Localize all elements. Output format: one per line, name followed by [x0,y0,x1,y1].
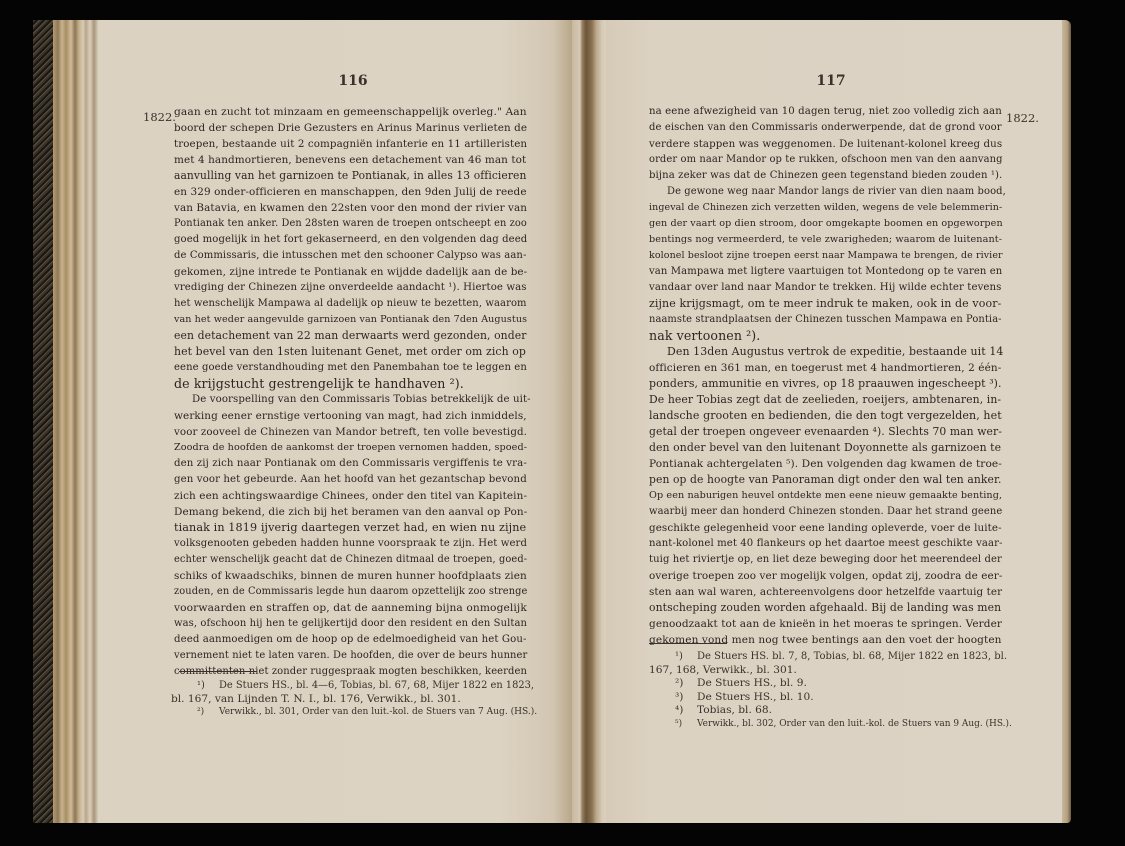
left-footnotes: ¹)De Stuers HS., bl. 4—6, Tobias, bl. 67… [171,679,531,720]
right-page-number: 117 [801,73,861,89]
footnote-line: ⁵)Verwikk., bl. 302, Order van den luit.… [649,718,1005,732]
text-line: bentings nog vermeerderd, te vele zwarig… [649,232,1001,248]
page-edges-left [53,20,98,823]
footnote-line: ¹)De Stuers HS. bl. 7, 8, Tobias, bl. 68… [649,650,1005,664]
footnote-line: ²)Verwikk., bl. 301, Order van den luit.… [171,706,531,720]
text-line: ontscheping zouden worden afgehaald. Bij… [649,600,1001,616]
footnote-line: ⁴)Tobias, bl. 68. [649,704,1005,718]
right-footnote-rule [649,643,727,644]
text-line: Demang bekend, die zich bij het beramen … [174,504,526,520]
text-line: troepen, bestaande uit 2 compagniën infa… [174,136,526,152]
text-line: getal der troepen ongeveer evenaarden ⁴)… [649,424,1001,440]
text-line: nak vertoonen ²). [649,328,1001,344]
page-edges-right [1062,20,1071,823]
text-line: kolonel besloot zijne troepen eerst naar… [649,248,1001,264]
text-line: na eene afwezigheid van 10 dagen terug, … [649,104,1001,120]
right-body-text: na eene afwezigheid van 10 dagen terug, … [649,104,1001,648]
text-line: Pontianak achtergelaten ⁵). Den volgende… [649,456,1001,472]
text-line: Den 13den Augustus vertrok de expeditie,… [649,344,1001,360]
text-line: De heer Tobias zegt dat de zeelieden, ro… [649,392,1001,408]
text-line: naamste strandplaatsen der Chinezen tuss… [649,312,1001,328]
text-line: van Batavia, en kwamen den 22sten voor d… [174,200,526,216]
text-line: een detachement van 22 man derwaarts wer… [174,328,526,344]
text-line: De gewone weg naar Mandor langs de rivie… [649,184,1001,200]
book-gutter [572,20,606,823]
text-line: officieren en 361 man, en toegerust met … [649,360,1001,376]
text-line: committenten niet zonder ruggespraak mog… [174,664,526,680]
text-line: overige troepen zoo ver mogelijk volgen,… [649,568,1001,584]
text-line: geschikte gelegenheid voor eene landing … [649,520,1001,536]
footnote-text: De Stuers HS., bl. 10. [697,691,814,703]
text-line: landsche grooten en bedienden, die den t… [649,408,1001,424]
footnote-text: De Stuers HS. bl. 7, 8, Tobias, bl. 68, … [697,651,1007,662]
text-line: gaan en zucht tot minzaam en gemeenschap… [174,104,526,120]
right-margin-year: 1822. [1006,111,1039,125]
text-line: het bevel van den 1sten luitenant Genet,… [174,344,526,360]
text-line: werking eener ernstige vertooning van ma… [174,408,526,424]
text-line: van het weder aangevulde garnizoen van P… [174,312,526,328]
footnote-text: bl. 167, van Lijnden T. N. I., bl. 176, … [171,693,461,705]
text-line: ingeval de Chinezen zich verzetten wilde… [649,200,1001,216]
footnote-line: 167, 168, Verwikk., bl. 301. [649,664,1005,678]
left-page-number: 116 [323,73,383,89]
text-line: vernement niet te laten varen. De hoofde… [174,648,526,664]
text-line: zouden, en de Commissaris legde hun daar… [174,584,526,600]
text-line: pen op de hoogte van Panoraman digt onde… [649,472,1001,488]
left-margin-year: 1822. [143,110,176,124]
right-footnotes: ¹)De Stuers HS. bl. 7, 8, Tobias, bl. 68… [649,650,1005,731]
text-line: en 329 onder-officieren en manschappen, … [174,184,526,200]
text-line: vandaar over land naar Mandor te trekken… [649,280,1001,296]
footnote-line: ²)De Stuers HS., bl. 9. [649,677,1005,691]
text-line: was, ofschoon hij hen te gelijkertijd do… [174,616,526,632]
footnote-line: ³)De Stuers HS., bl. 10. [649,691,1005,705]
text-line: boord der schepen Drie Gezusters en Arin… [174,120,526,136]
text-line: eene goede verstandhouding met den Panem… [174,360,526,376]
text-line: waarbij meer dan honderd Chinezen stonde… [649,504,1001,520]
text-line: tianak in 1819 ijverig daartegen verzet … [174,520,526,536]
footnote-mark: ⁴) [675,704,697,718]
text-line: de eischen van den Commissaris onderwerp… [649,120,1001,136]
text-line: den zij zich naar Pontianak om den Commi… [174,456,526,472]
text-line: den onder bevel van den luitenant Doyonn… [649,440,1001,456]
footnote-mark: ²) [675,677,697,691]
footnote-mark: ³) [675,691,697,705]
footnote-mark: ²) [197,706,219,720]
left-footnote-rule [179,671,257,672]
text-line: gen der vaart op dien stroom, door omgek… [649,216,1001,232]
footnote-mark: ¹) [675,650,697,664]
text-line: zijne krijgsmagt, om te meer indruk te m… [649,296,1001,312]
text-line: gekomen vond men nog twee bentings aan d… [649,632,1001,648]
text-line: Pontianak ten anker. Den 28sten waren de… [174,216,526,232]
text-line: aanvulling van het garnizoen te Pontiana… [174,168,526,184]
text-line: De voorspelling van den Commissaris Tobi… [174,392,526,408]
book-spine [33,20,53,823]
text-line: gekomen, zijne intrede te Pontianak en w… [174,264,526,280]
text-line: nant-kolonel met 40 flankeurs op het daa… [649,536,1001,552]
text-line: Op een naburigen heuvel ontdekte men een… [649,488,1001,504]
text-line: zich een achtingswaardige Chinees, onder… [174,488,526,504]
text-line: voor zooveel de Chinezen van Mandor betr… [174,424,526,440]
text-line: deed aanmoedigen om de hoop op de edelmo… [174,632,526,648]
text-line: met 4 handmortieren, benevens een detach… [174,152,526,168]
text-line: Zoodra de hoofden de aankomst der troepe… [174,440,526,456]
text-line: ponders, ammunitie en vivres, op 18 praa… [649,376,1001,392]
text-line: verdere stappen was weggenomen. De luite… [649,136,1001,152]
footnote-text: De Stuers HS., bl. 9. [697,677,807,689]
text-line: de Commissaris, die intusschen met den s… [174,248,526,264]
footnote-text: 167, 168, Verwikk., bl. 301. [649,664,797,676]
text-line: van Mampawa met ligtere vaartuigen tot M… [649,264,1001,280]
footnote-text: Verwikk., bl. 302, Order van den luit.-k… [697,719,1012,729]
footnote-text: Tobias, bl. 68. [697,704,772,716]
text-line: vrediging der Chinezen zijne onverdeelde… [174,280,526,296]
text-line: sten aan wal waren, achtereenvolgens doo… [649,584,1001,600]
footnote-line: ¹)De Stuers HS., bl. 4—6, Tobias, bl. 67… [171,679,531,693]
text-line: de krijgstucht gestrengelijk te handhave… [174,376,526,392]
text-line: genoodzaakt tot aan de knieën in het moe… [649,616,1001,632]
footnote-text: De Stuers HS., bl. 4—6, Tobias, bl. 67, … [219,680,534,691]
text-line: het wenschelijk Mampawa al dadelijk op n… [174,296,526,312]
footnote-mark: ¹) [197,679,219,693]
footnote-line: bl. 167, van Lijnden T. N. I., bl. 176, … [171,693,531,707]
text-line: volksgenooten gebeden hadden hunne voors… [174,536,526,552]
text-line: bijna zeker was dat de Chinezen geen teg… [649,168,1001,184]
text-line: tuig het riviertje op, en liet deze bewe… [649,552,1001,568]
text-line: echter wenschelijk geacht dat de Chineze… [174,552,526,568]
left-body-text: gaan en zucht tot minzaam en gemeenschap… [174,104,526,680]
text-line: gen voor het gebeurde. Aan het hoofd van… [174,472,526,488]
text-line: order om naar Mandor op te rukken, ofsch… [649,152,1001,168]
text-line: goed mogelijk in het fort gekaserneerd, … [174,232,526,248]
footnote-text: Verwikk., bl. 301, Order van den luit.-k… [219,707,537,717]
text-line: voorwaarden en straffen op, dat de aanne… [174,600,526,616]
footnote-mark: ⁵) [675,718,697,732]
text-line: schiks of kwaadschiks, binnen de muren h… [174,568,526,584]
